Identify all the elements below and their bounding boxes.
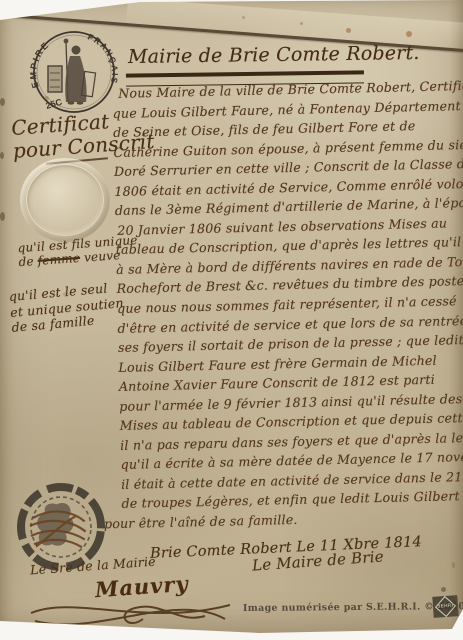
paper-sheet: EMPIRE FRANÇAIS 25C Certificat <box>0 0 463 640</box>
edge-nick <box>0 152 4 159</box>
foxing-spot <box>441 587 446 592</box>
struck-word: femme <box>37 250 80 267</box>
foxing-spot <box>426 166 430 170</box>
edge-nick <box>0 212 5 221</box>
svg-text:FRANÇAIS: FRANÇAIS <box>86 31 120 85</box>
document-title: Mairie de Brie Comte Robert. <box>128 42 420 68</box>
sehri-logo: SEHRI <box>432 595 458 618</box>
scanned-document: EMPIRE FRANÇAIS 25C Certificat <box>0 0 463 640</box>
blind-embossed-seal <box>20 158 110 242</box>
foxing-spot <box>242 16 245 19</box>
foxing-spot <box>44 96 49 100</box>
digitization-watermark: Image numérisée par S.E.H.R.I. © 2010 <box>243 601 463 614</box>
foxing-spot <box>63 292 69 297</box>
stamp-allegorical-figure-icon <box>48 39 96 105</box>
signature-flourish <box>25 593 240 633</box>
margin-note-soutien-famille: qu'il est le seul et unique soutien de s… <box>8 279 125 335</box>
stamp-arc-right-text: FRANÇAIS <box>86 31 120 85</box>
revenue-stamp: EMPIRE FRANÇAIS 25C <box>26 24 122 120</box>
foxing-spot <box>452 562 455 568</box>
foxing-spot <box>346 28 351 33</box>
edge-nick <box>0 98 5 106</box>
foxing-spot <box>300 22 303 25</box>
manuscript-body: Nous Maire de la ville de Brie Comte Rob… <box>112 76 463 533</box>
foxing-spot <box>452 600 456 604</box>
foxing-spot <box>406 31 412 37</box>
